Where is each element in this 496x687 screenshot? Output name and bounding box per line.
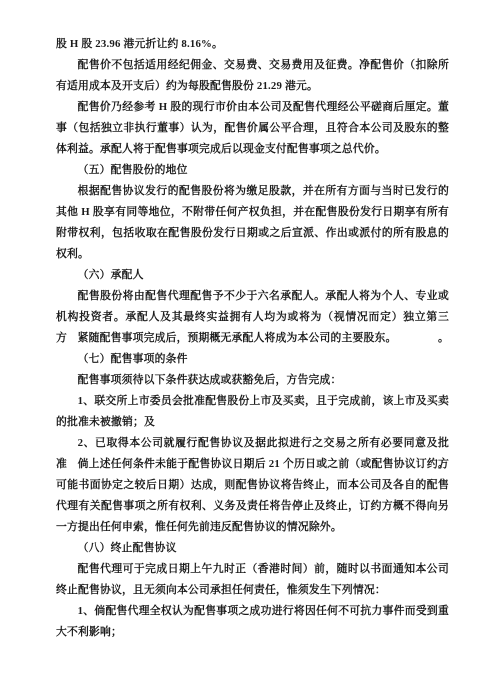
text-line: 配售价不包括适用经纪佣金、交易费、交易费用及征费。净配售价（扣除所	[56, 55, 449, 76]
text-line: 倘上述任何条件未能于配售协议日期后 21 个历日或之前（或配售协议订约方	[56, 454, 449, 475]
text-line: 有适用成本及开支后）约为每股配售股份 21.29 港元。	[56, 76, 449, 97]
text-line: 代理有关配售事项之所有权利、义务及责任将告停止及终止，订约方概不得向另	[56, 496, 449, 517]
text-line: （六）承配人	[56, 265, 449, 286]
text-line: （八）终止配售协议	[56, 538, 449, 559]
text-line: 配售代理可于完成日期上午九时正（香港时间）前，随时以书面通知本公司	[56, 559, 449, 580]
text-line: 配售股份将由配售代理配售予不少于六名承配人。承配人将为个人、专业或	[56, 286, 449, 307]
text-line: 1、联交所上市委员会批准配售股份上市及买卖，且于完成前，该上市及买卖	[56, 391, 449, 412]
text-line: 终止配售协议，且无须向本公司承担任何责任，惟须发生下列情况：	[56, 580, 449, 601]
text-line: 其他 H 股享有同等地位，不附带任何产权负担，并在配售股份发行日期享有所有	[56, 202, 449, 223]
text-line: 股 H 股 23.96 港元折让约 8.16%。	[56, 34, 449, 55]
text-line: 配售事项须待以下条件获达成或获豁免后，方告完成：	[56, 370, 449, 391]
text-line: 1、倘配售代理全权认为配售事项之成功进行将因任何不可抗力事件而受到重	[56, 601, 449, 622]
text-line: 机构投资者。承配人及其最终实益拥有人均为或将为（视情况而定）独立第三方。	[56, 307, 449, 328]
text-line: 紧随配售事项完成后，预期概无承配人将成为本公司的主要股东。	[56, 328, 449, 349]
text-line: 2、已取得本公司就履行配售协议及据此拟进行之交易之所有必要同意及批准。	[56, 433, 449, 454]
text-line: 大不利影响；	[56, 622, 449, 643]
text-line: （五）配售股份的地位	[56, 160, 449, 181]
text-line: 事（包括独立非执行董事）认为，配售价属公平合理，且符合本公司及股东的整	[56, 118, 449, 139]
text-line: 一方提出任何申索，惟任何先前违反配售协议的情况除外。	[56, 517, 449, 538]
text-line: 可能书面协定之较后日期）达成，则配售协议将告终止，而本公司及各自的配售	[56, 475, 449, 496]
text-line: 权利。	[56, 244, 449, 265]
document-body: 股 H 股 23.96 港元折让约 8.16%。配售价不包括适用经纪佣金、交易费…	[56, 34, 449, 643]
text-line: 附带权利，包括收取在配售股份发行日期或之后宣派、作出或派付的所有股息的	[56, 223, 449, 244]
text-line: 体利益。承配人将于配售事项完成后以现金支付配售事项之总代价。	[56, 139, 449, 160]
text-line: 的批准未被撤销；及	[56, 412, 449, 433]
text-line: 根据配售协议发行的配售股份将为缴足股款，并在所有方面与当时已发行的	[56, 181, 449, 202]
text-line: 配售价乃经参考 H 股的现行市价由本公司及配售代理经公平磋商后厘定。董	[56, 97, 449, 118]
document-page: 股 H 股 23.96 港元折让约 8.16%。配售价不包括适用经纪佣金、交易费…	[0, 0, 496, 687]
text-line: （七）配售事项的条件	[56, 349, 449, 370]
